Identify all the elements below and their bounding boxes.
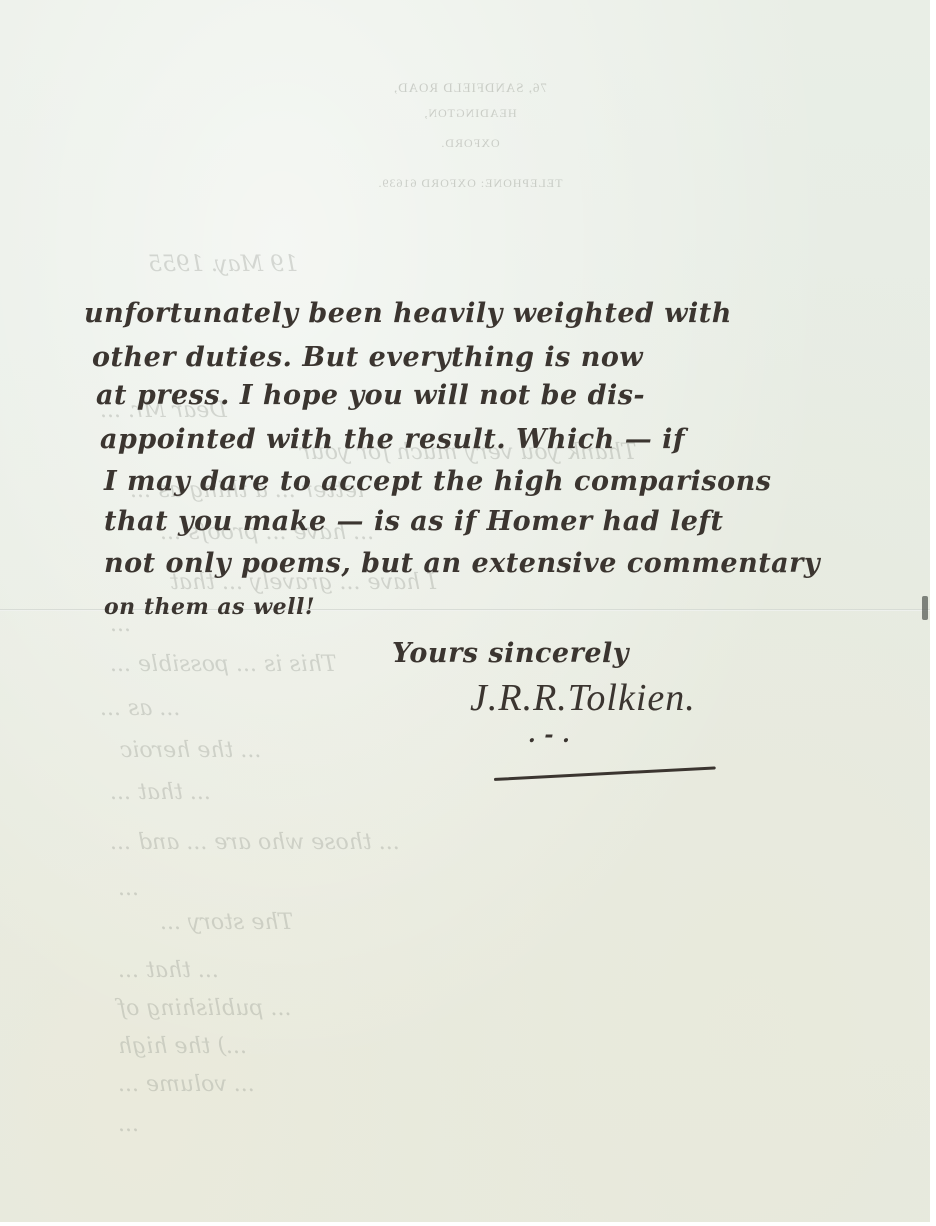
letterhead-city-line: OXFORD. xyxy=(380,136,560,151)
bleed-through-line: ... as ... xyxy=(100,696,180,721)
bleed-through-line: ... that ... xyxy=(118,958,219,983)
letter-body-line: that you make — is as if Homer had left xyxy=(104,506,724,537)
scan-edge-right xyxy=(930,0,936,1226)
bleed-through-line: ... those who are ... and ... xyxy=(110,830,400,855)
letter-body-line: at press. I hope you will not be dis- xyxy=(96,380,645,411)
bleed-through-line: ... volume ... xyxy=(118,1072,255,1097)
letter-page: 76, SANDFIELD ROAD, HEADINGTON, OXFORD. … xyxy=(0,0,936,1226)
bleed-through-line: ...) the high xyxy=(118,1034,247,1059)
bleed-through-line: ... publishing of xyxy=(118,996,292,1021)
signature-dots: . - . xyxy=(528,722,570,748)
scan-edge-bottom xyxy=(0,1222,936,1226)
signature-underline xyxy=(494,766,716,781)
bleed-through-line: ... the heroic xyxy=(120,738,261,763)
bleed-through-line: The story ... xyxy=(160,910,293,935)
bleed-through-date: 19 May. 1955 xyxy=(148,252,298,277)
letterhead-telephone-line: TELEPHONE: OXFORD 61639. xyxy=(300,176,640,191)
bleed-through-line: ... that ... xyxy=(110,780,211,805)
letterhead-address-line: 76, SANDFIELD ROAD, xyxy=(300,80,640,96)
signature: J.R.R.Tolkien. xyxy=(470,676,696,720)
letterhead-town-line: HEADINGTON, xyxy=(360,106,580,121)
bleed-through-line: This is ... possible ... xyxy=(110,652,337,677)
letter-closing: Yours sincerely xyxy=(392,638,629,669)
letter-body-line: other duties. But everything is now xyxy=(92,342,643,373)
bleed-through-line: ... xyxy=(118,876,139,901)
letter-body-line: unfortunately been heavily weighted with xyxy=(84,298,732,329)
letter-body-line: I may dare to accept the high comparison… xyxy=(104,466,771,497)
letter-body-line: on them as well! xyxy=(104,594,315,620)
letter-body-line: appointed with the result. Which — if xyxy=(100,424,685,455)
fold-edge-mark xyxy=(922,596,928,620)
letter-body-line: not only poems, but an extensive comment… xyxy=(104,548,820,579)
bleed-through-line: ... xyxy=(118,1112,139,1137)
